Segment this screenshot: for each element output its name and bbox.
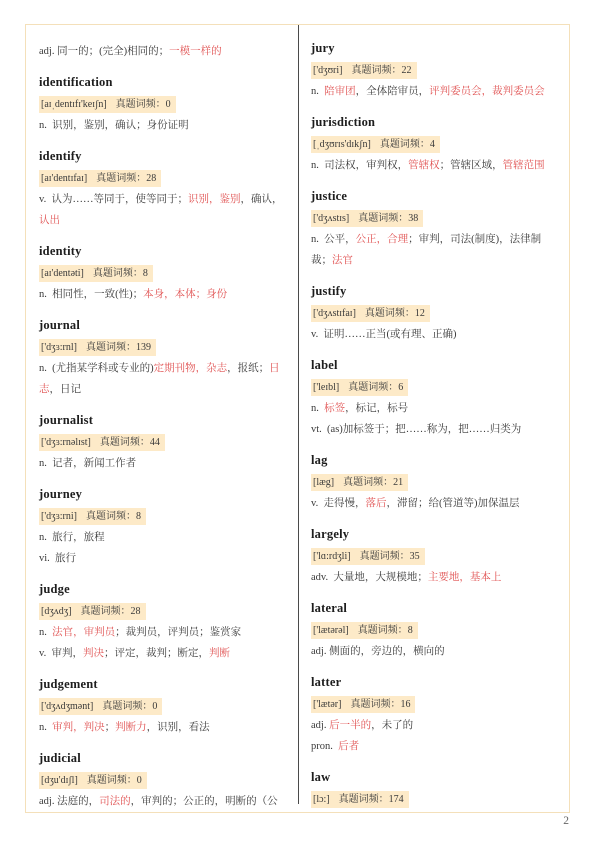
phonetic: ['leɪbl] (313, 382, 339, 393)
word-entry: identify[aɪ'dentɪfaɪ]真题词频：28v. 认为……等同于，使… (39, 149, 287, 231)
frequency-label: 真题词频： (93, 268, 143, 279)
definition-text: ，确认， (240, 194, 282, 205)
definition-line: n. 记者，新闻工作者 (39, 453, 287, 474)
phonetic: ['dʒʌstɪs] (313, 213, 349, 224)
phonetic: [dʒu'dɪʃl] (41, 775, 78, 786)
definition-text: ，识别，看法 (147, 722, 210, 733)
definition-text: ，全体陪审员， (356, 86, 430, 97)
phonetic-frequency-line: [aɪ'dentəti]真题词频：8 (39, 265, 153, 282)
definition-text: adj. 侧面的，旁边的，横向的 (311, 646, 445, 657)
phonetic-frequency-line: ['dʒʌdʒmənt]真题词频：0 (39, 698, 162, 715)
headword: judgement (39, 677, 287, 691)
page-border: adj. 同一的；(完全)相同的；一模一样的identification[aɪˌ… (25, 24, 570, 813)
definition-line: v. 走得慢，落后，滞留；给(管道等)加保温层 (311, 493, 559, 514)
frequency-value: 12 (415, 308, 425, 319)
phonetic: ['lɑ:rdʒli] (313, 551, 351, 562)
frequency-label: 真题词频： (81, 606, 131, 617)
definition-line: vi. 旅行 (39, 548, 287, 569)
definition-line: v. 证明……正当(或有理、正确) (311, 324, 559, 345)
word-entry: journey['dʒɜ:rni]真题词频：8n. 旅行，旅程vi. 旅行 (39, 487, 287, 569)
frequency-label: 真题词频： (87, 775, 137, 786)
phonetic-frequency-line: ['lætər]真题词频：16 (311, 696, 415, 713)
frequency-value: 28 (146, 173, 156, 184)
definition-text: ，报纸； (227, 363, 269, 374)
word-entry: judgement['dʒʌdʒmənt]真题词频：0n. 审判，判决；判断力，… (39, 677, 287, 738)
frequency-label: 真题词频： (86, 342, 136, 353)
phonetic-frequency-line: ['dʒʌstɪs]真题词频：38 (311, 210, 423, 227)
definition-line: n. 法官，审判员；裁判员，评判员；鉴赏家 (39, 622, 287, 643)
phonetic-frequency-line: ['lɑ:rdʒli]真题词频：35 (311, 548, 425, 565)
frequency-value: 4 (430, 139, 435, 150)
headword: latter (311, 675, 559, 689)
definition-line: n. 旅行，旅程 (39, 527, 287, 548)
definition-text: ，滞留；给(管道等)加保温层 (386, 498, 519, 509)
phonetic: ['dʒɜ:rnəlɪst] (41, 437, 91, 448)
word-entry: journal['dʒɜ:rnl]真题词频：139n. (尤指某学科或专业的)定… (39, 318, 287, 400)
frequency-label: 真题词频： (358, 213, 408, 224)
frequency-label: 真题词频： (352, 65, 402, 76)
phonetic-frequency-line: ['lætərəl]真题词频：8 (311, 622, 418, 639)
frequency-value: 6 (398, 382, 403, 393)
headword: label (311, 358, 559, 372)
headword: identity (39, 244, 287, 258)
headword: journal (39, 318, 287, 332)
headword: largely (311, 527, 559, 541)
headword: judicial (39, 751, 287, 765)
definition-text: adv. 大量地，大规模地； (311, 572, 428, 583)
definition-highlight: 公正，合理 (356, 234, 409, 245)
phonetic: ['dʒʌstɪfaɪ] (313, 308, 356, 319)
frequency-label: 真题词频： (102, 701, 152, 712)
frequency-label: 真题词频： (116, 99, 166, 110)
frequency-label: 真题词频： (343, 477, 393, 488)
definition-highlight: 标签 (324, 403, 345, 414)
definition-text: n. (311, 403, 324, 414)
definition-text: ，未了的 (371, 720, 413, 731)
definition-text: n. 识别，鉴别，确认；身份证明 (39, 120, 189, 131)
definition-highlight: 一模一样的 (169, 46, 222, 57)
frequency-label: 真题词频： (358, 625, 408, 636)
headword: jury (311, 41, 559, 55)
frequency-value: 35 (410, 551, 420, 562)
definition-highlight: 主要地，基本上 (428, 572, 502, 583)
frequency-label: 真题词频： (339, 794, 389, 805)
phonetic-frequency-line: [læg]真题词频：21 (311, 474, 408, 491)
phonetic-frequency-line: [aɪ'dentɪfaɪ]真题词频：28 (39, 170, 161, 187)
headword: jurisdiction (311, 115, 559, 129)
definition-text: ；评定，裁判；断定， (104, 648, 209, 659)
phonetic: ['lætər] (313, 699, 341, 710)
phonetic-frequency-line: [ˌdʒʊrɪs'dɪkʃn]真题词频：4 (311, 136, 440, 153)
word-entry: label['leɪbl]真题词频：6n. 标签，标记，标号vt. (as)加标… (311, 358, 559, 440)
phonetic-frequency-line: ['leɪbl]真题词频：6 (311, 379, 408, 396)
frequency-value: 21 (393, 477, 403, 488)
phonetic-frequency-line: ['dʒɜ:rnl]真题词频：139 (39, 339, 156, 356)
definition-text: ，日记 (50, 384, 82, 395)
phonetic-frequency-line: ['dʒɜ:rnəlɪst]真题词频：44 (39, 434, 165, 451)
definition-text: n. (39, 627, 52, 638)
definition-highlight: 后者 (338, 741, 359, 752)
definition-text: n. (39, 722, 52, 733)
headword: law (311, 770, 559, 784)
headword: identification (39, 75, 287, 89)
definition-line: adj. 侧面的，旁边的，横向的 (311, 641, 559, 662)
definition-text: n. (311, 86, 324, 97)
definition-text: v. 认为……等同于，使等同于； (39, 194, 188, 205)
headword: identify (39, 149, 287, 163)
frequency-label: 真题词频： (350, 699, 400, 710)
phonetic: [ˌdʒʊrɪs'dɪkʃn] (313, 139, 371, 150)
definition-text: v. 审判， (39, 648, 83, 659)
word-entry: judicial[dʒu'dɪʃl]真题词频：0adj. 法庭的，司法的，审判的… (39, 751, 287, 812)
frequency-value: 8 (136, 511, 141, 522)
definition-highlight: 管辖范围 (503, 160, 545, 171)
phonetic: ['dʒʊri] (313, 65, 343, 76)
definition-text: pron. (311, 741, 338, 752)
frequency-value: 44 (150, 437, 160, 448)
definition-text: vi. 旅行 (39, 553, 76, 564)
word-entry: journalist['dʒɜ:rnəlɪst]真题词频：44n. 记者，新闻工… (39, 413, 287, 474)
frequency-value: 139 (136, 342, 151, 353)
right-column: jury['dʒʊri]真题词频：22n. 陪审团，全体陪审员，评判委员会，裁判… (297, 25, 569, 812)
definition-text: adj. (311, 720, 329, 731)
definition-line: n. (尤指某学科或专业的)定期刊物，杂志，报纸；日志，日记 (39, 358, 287, 400)
definition-highlight: 识别，鉴别 (188, 194, 241, 205)
phonetic: ['dʒɜ:rnl] (41, 342, 77, 353)
phonetic-frequency-line: [dʒu'dɪʃl]真题词频：0 (39, 772, 147, 789)
headword: justice (311, 189, 559, 203)
frequency-value: 0 (137, 775, 142, 786)
definition-line: n. 识别，鉴别，确认；身份证明 (39, 115, 287, 136)
frequency-label: 真题词频： (360, 551, 410, 562)
frequency-label: 真题词频： (380, 139, 430, 150)
phonetic-frequency-line: [dʒʌdʒ]真题词频：28 (39, 603, 146, 620)
definition-text: adj. 法庭的， (39, 796, 99, 807)
column-divider (298, 25, 299, 804)
definition-line: adj. 后一半的，未了的 (311, 715, 559, 736)
definition-highlight: 评判委员会，裁判委员会 (429, 86, 545, 97)
definition-highlight: 本身，本体；身份 (143, 289, 227, 300)
frequency-value: 16 (400, 699, 410, 710)
phonetic: [aɪ'dentɪfaɪ] (41, 173, 87, 184)
definition-text: ；裁判员，评判员；鉴赏家 (115, 627, 241, 638)
frequency-value: 0 (166, 99, 171, 110)
definition-text: n. (尤指某学科或专业的) (39, 363, 154, 374)
word-entry: judge[dʒʌdʒ]真题词频：28n. 法官，审判员；裁判员，评判员；鉴赏家… (39, 582, 287, 664)
definition-text: adj. 同一的；(完全)相同的； (39, 46, 169, 57)
definition-highlight: 法官 (332, 255, 353, 266)
definition-line: v. 审判，判决；评定，裁判；断定，判断 (39, 643, 287, 664)
phonetic: ['dʒɜ:rni] (41, 511, 77, 522)
frequency-value: 28 (131, 606, 141, 617)
definition-highlight: 法官，审判员 (52, 627, 115, 638)
frequency-value: 22 (402, 65, 412, 76)
definition-text: n. 相同性，一致(性)； (39, 289, 143, 300)
phonetic: ['dʒʌdʒmənt] (41, 701, 93, 712)
definition-line: n. 司法权，审判权，管辖权；管辖区域，管辖范围 (311, 155, 559, 176)
word-entry: jury['dʒʊri]真题词频：22n. 陪审团，全体陪审员，评判委员会，裁判… (311, 41, 559, 102)
phonetic: [læg] (313, 477, 334, 488)
definition-text: ；管辖区域， (440, 160, 503, 171)
definition-highlight: 后一半的 (329, 720, 371, 731)
definition-highlight: 司法的 (99, 796, 131, 807)
definition-text: ； (105, 722, 116, 733)
headword: lateral (311, 601, 559, 615)
phonetic: [aɪ'dentəti] (41, 268, 84, 279)
word-entry: identification[aɪˌdentɪfɪ'keɪʃn]真题词频：0n.… (39, 75, 287, 136)
frequency-value: 8 (143, 268, 148, 279)
definition-text: vt. (as)加标签于；把……称为，把……归类为 (311, 424, 521, 435)
word-entry: justify['dʒʌstɪfaɪ]真题词频：12v. 证明……正当(或有理、… (311, 284, 559, 345)
definition-line: vt. (as)加标签于；把……称为，把……归类为 (311, 419, 559, 440)
definition-line: n. 审判，判决；判断力，识别，看法 (39, 717, 287, 738)
definition-text: v. 走得慢， (311, 498, 365, 509)
definition-line: adj. 法庭的，司法的，审判的；公正的，明断的（公众号：不易学长） (39, 791, 287, 812)
word-entry: justice['dʒʌstɪs]真题词频：38n. 公平，公正，合理；审判，司… (311, 189, 559, 271)
definition-line: adj. 同一的；(完全)相同的；一模一样的 (39, 41, 287, 62)
definition-highlight: 落后 (365, 498, 386, 509)
word-entry: jurisdiction[ˌdʒʊrɪs'dɪkʃn]真题词频：4n. 司法权，… (311, 115, 559, 176)
definition-text: n. 司法权，审判权， (311, 160, 408, 171)
definition-text: n. 旅行，旅程 (39, 532, 105, 543)
definition-highlight: 判断力 (115, 722, 147, 733)
definition-highlight: 审判，判决 (52, 722, 105, 733)
frequency-label: 真题词频： (96, 173, 146, 184)
definition-text: n. 记者，新闻工作者 (39, 458, 136, 469)
phonetic-frequency-line: [lɔ:]真题词频：174 (311, 791, 409, 808)
definition-line: n. 法律，法令，法规；法则；规律，定律 (311, 810, 559, 812)
phonetic-frequency-line: ['dʒʌstɪfaɪ]真题词频：12 (311, 305, 430, 322)
headword: journalist (39, 413, 287, 427)
word-entry: largely['lɑ:rdʒli]真题词频：35adv. 大量地，大规模地；主… (311, 527, 559, 588)
definition-line: n. 相同性，一致(性)；本身，本体；身份 (39, 284, 287, 305)
definition-line: n. 陪审团，全体陪审员，评判委员会，裁判委员会 (311, 81, 559, 102)
phonetic: [dʒʌdʒ] (41, 606, 72, 617)
word-entry: latter['lætər]真题词频：16adj. 后一半的，未了的pron. … (311, 675, 559, 757)
headword: justify (311, 284, 559, 298)
word-entry: law[lɔ:]真题词频：174n. 法律，法令，法规；法则；规律，定律 (311, 770, 559, 812)
definition-highlight: 管辖权 (408, 160, 440, 171)
phonetic-frequency-line: ['dʒɜ:rni]真题词频：8 (39, 508, 146, 525)
word-entry: lateral['lætərəl]真题词频：8adj. 侧面的，旁边的，横向的 (311, 601, 559, 662)
definition-line: n. 公平，公正，合理；审判，司法(制度)，法律制裁；法官 (311, 229, 559, 271)
definition-highlight: 判断 (209, 648, 230, 659)
definition-line: n. 标签，标记，标号 (311, 398, 559, 419)
phonetic: [lɔ:] (313, 794, 330, 805)
word-entry: identity[aɪ'dentəti]真题词频：8n. 相同性，一致(性)；本… (39, 244, 287, 305)
definition-line: pron. 后者 (311, 736, 559, 757)
phonetic: ['lætərəl] (313, 625, 349, 636)
headword: journey (39, 487, 287, 501)
frequency-label: 真题词频： (100, 437, 150, 448)
definition-highlight: 认出 (39, 215, 60, 226)
frequency-label: 真题词频： (348, 382, 398, 393)
phonetic: [aɪˌdentɪfɪ'keɪʃn] (41, 99, 107, 110)
definition-highlight: 陪审团 (324, 86, 356, 97)
frequency-value: 8 (408, 625, 413, 636)
phonetic-frequency-line: ['dʒʊri]真题词频：22 (311, 62, 417, 79)
frequency-value: 38 (408, 213, 418, 224)
definition-line: adv. 大量地，大规模地；主要地，基本上 (311, 567, 559, 588)
headword: lag (311, 453, 559, 467)
word-entry: lag[læg]真题词频：21v. 走得慢，落后，滞留；给(管道等)加保温层 (311, 453, 559, 514)
word-entry: adj. 同一的；(完全)相同的；一模一样的 (39, 41, 287, 62)
definition-highlight: 定期刊物，杂志 (154, 363, 228, 374)
frequency-label: 真题词频： (86, 511, 136, 522)
page-number: 2 (563, 815, 569, 827)
frequency-label: 真题词频： (365, 308, 415, 319)
definition-text: v. 证明……正当(或有理、正确) (311, 329, 456, 340)
left-column: adj. 同一的；(完全)相同的；一模一样的identification[aɪˌ… (26, 25, 297, 812)
definition-text: ，标记，标号 (345, 403, 408, 414)
frequency-value: 0 (152, 701, 157, 712)
headword: judge (39, 582, 287, 596)
definition-line: v. 认为……等同于，使等同于；识别，鉴别，确认，认出 (39, 189, 287, 231)
frequency-value: 174 (389, 794, 404, 805)
phonetic-frequency-line: [aɪˌdentɪfɪ'keɪʃn]真题词频：0 (39, 96, 176, 113)
definition-highlight: 判决 (83, 648, 104, 659)
definition-text: n. 公平， (311, 234, 356, 245)
